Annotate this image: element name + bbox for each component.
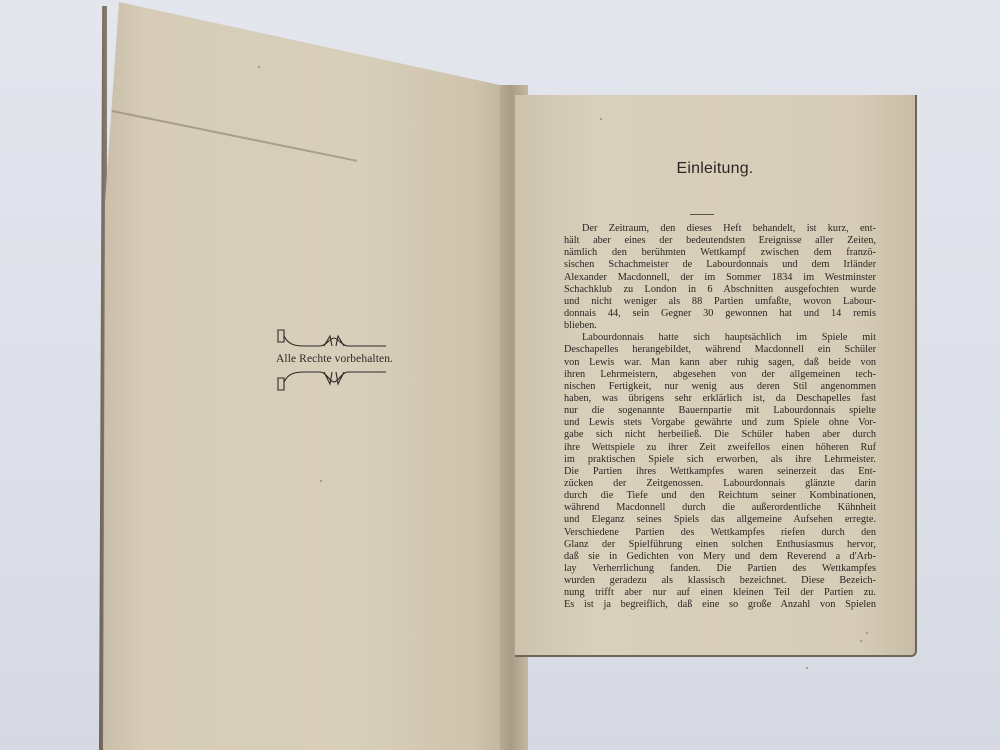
text-line: zücken der Zeitgenossen. Labourdonnais g… [564,478,876,490]
text-line: Es ist ja begreiflich, daß eine so große… [564,599,876,611]
text-line: ihren Lehrmeistern, abgesehen von der al… [564,369,876,381]
text-line: sischen Schachmeister de Labourdonnais u… [564,259,876,271]
text-line: nur die sogenannte Bauernpartie mit Labo… [564,405,876,417]
text-line: nischen Fertigkeit, nur wenig aus deren … [564,381,876,393]
text-line: Deschapelles herangebildet, während Macd… [564,344,876,356]
text-line: Die Partien ihres Wettkampfes waren sein… [564,466,876,478]
text-line: Labourdonnais hatte sich hauptsächlich i… [564,332,876,344]
text-line: wurden geradezu als klassisch bezeichnet… [564,575,876,587]
text-line: während Macdonnell durch die außerordent… [564,502,876,514]
text-line: und Lewis stets Vorgabe gewährte und zum… [564,417,876,429]
paper-speck [258,66,260,68]
text-line: durch die Tiefe und den Reichtum seiner … [564,490,876,502]
text-line: ihre Wettspiele zu ihrer Zeit zweifellos… [564,442,876,454]
text-line: Alexander Macdonnell, der im Sommer 1834… [564,272,876,284]
text-line: Verschiedene Partien des Wettkampfes rie… [564,527,876,539]
open-book: Alle Rechte vorbehalten. Einleitung. Der… [0,0,1000,750]
paper-speck [600,118,602,120]
text-line: und Eleganz seines Spiels das allgemeine… [564,514,876,526]
text-line: Der Zeitraum, den dieses Heft behandelt,… [564,223,876,235]
text-line: gabe sich nicht herbeiließ. Die Schüler … [564,429,876,441]
text-line: im praktischen Spiele sich erworben, als… [564,454,876,466]
text-line: daß sie in Gedichten von Mery und dem Re… [564,551,876,563]
text-line: von Lewis war. Man kann aber ruhig sagen… [564,357,876,369]
text-line: donnais 44, sein Gegner 30 gewonnen hat … [564,308,876,320]
text-line: hält aber eines der bedeutendsten Ereign… [564,235,876,247]
paper-speck [860,640,862,642]
text-line: Glanz der Spielführung einen solchen Ent… [564,539,876,551]
text-line: und nicht weniger als 88 Partien umfaßte… [564,296,876,308]
title-divider [690,214,714,215]
text-line: nämlich den berühmten Wettkampf zwischen… [564,247,876,259]
text-line: haben, was übrigens sehr erklärlich ist,… [564,393,876,405]
paper-speck [866,632,868,634]
text-line: lay Verherrlichung fanden. Die Partien d… [564,563,876,575]
paper-speck [806,667,808,669]
rights-reserved-notice: Alle Rechte vorbehalten. [276,353,388,365]
text-line: nung trifft aber nur auf einen kleinen T… [564,587,876,599]
body-text: Der Zeitraum, den dieses Heft behandelt,… [564,223,876,612]
paper-speck [320,480,322,482]
text-line: Schachklub zu London in 6 Abschnitten au… [564,284,876,296]
text-line: blieben. [564,320,876,332]
chapter-title: Einleitung. [515,160,915,178]
